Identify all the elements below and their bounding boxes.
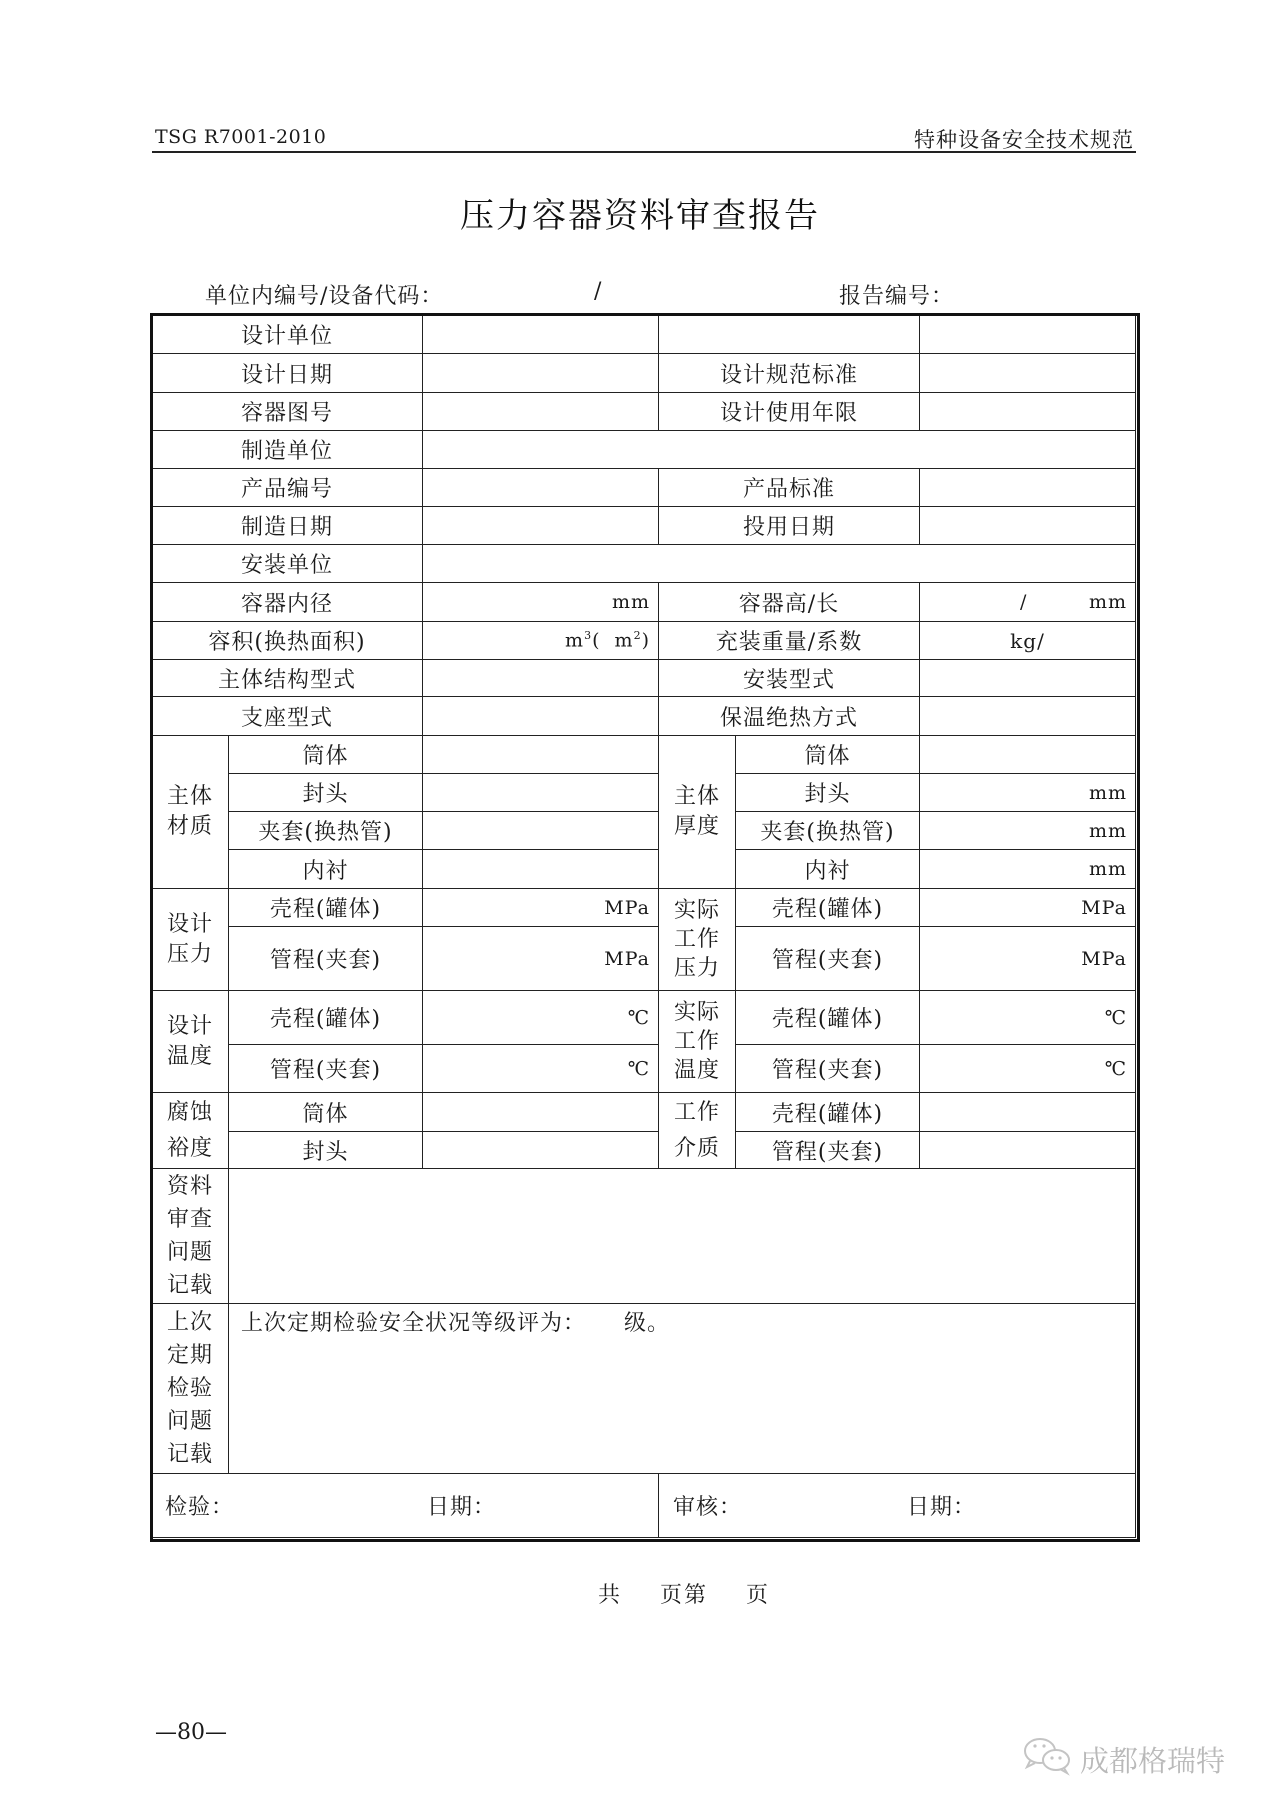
- label-dt-shell: 壳程(罐体): [229, 991, 423, 1045]
- label-thickness-shell: 筒体: [736, 736, 920, 774]
- unit-kg: kg/: [1010, 629, 1045, 653]
- field-manufacture-date[interactable]: [423, 507, 659, 545]
- field-volume[interactable]: m3( m2): [423, 622, 659, 660]
- field-fill-weight[interactable]: kg/: [920, 622, 1136, 660]
- field-installer[interactable]: [423, 545, 1136, 583]
- unit-mm: mm: [1089, 820, 1127, 842]
- field-at-shell[interactable]: ℃: [920, 991, 1136, 1045]
- field-structure-type[interactable]: [423, 660, 659, 697]
- reviewer-label: 审核：: [673, 1490, 742, 1521]
- label-material-shell: 筒体: [229, 736, 423, 774]
- unit-mm: mm: [1089, 591, 1127, 613]
- field-insulation[interactable]: [920, 697, 1136, 736]
- field-dt-shell[interactable]: ℃: [423, 991, 659, 1045]
- label-at-tube: 管程(夹套): [736, 1045, 920, 1093]
- field-product-no[interactable]: [423, 469, 659, 507]
- page-number: —80—: [155, 1720, 227, 1745]
- inspector-signature[interactable]: 检验： 日期：: [152, 1474, 659, 1538]
- field-material-lining[interactable]: [423, 850, 659, 889]
- label-inner-diameter: 容器内径: [152, 583, 423, 622]
- label-actual-pressure: 实际工作压力: [659, 889, 736, 991]
- field-design-standard[interactable]: [920, 354, 1136, 393]
- unit-mm: mm: [1089, 782, 1127, 804]
- standard-code: TSG R7001-2010: [155, 126, 326, 148]
- field-design-life[interactable]: [920, 393, 1136, 431]
- label-ca-head: 封头: [229, 1132, 423, 1169]
- field-at-tube[interactable]: ℃: [920, 1045, 1136, 1093]
- field-ap-shell[interactable]: MPa: [920, 889, 1136, 927]
- field-design-unit[interactable]: [423, 315, 659, 354]
- label-material-jacket: 夹套(换热管): [229, 812, 423, 850]
- wechat-icon: [1022, 1736, 1074, 1783]
- label-corrosion-allowance: 腐蚀裕度: [152, 1093, 229, 1169]
- field-product-standard[interactable]: [920, 469, 1136, 507]
- unit-celsius: ℃: [628, 1007, 650, 1029]
- pagination-text: 共 页第 页: [598, 1578, 770, 1609]
- unit-mpa: MPa: [1081, 897, 1127, 919]
- document-category: 特种设备安全技术规范: [914, 124, 1134, 154]
- unit-mpa: MPa: [604, 948, 650, 970]
- last-inspection-suffix: 级。: [624, 1306, 670, 1337]
- label-actual-temperature: 实际工作温度: [659, 991, 736, 1093]
- label-dp-tube: 管程(夹套): [229, 927, 423, 991]
- reviewer-signature[interactable]: 审核： 日期：: [659, 1474, 1136, 1538]
- label-insulation: 保温绝热方式: [659, 697, 920, 736]
- unit-mpa: MPa: [1081, 948, 1127, 970]
- report-no-label: 报告编号：: [839, 279, 954, 310]
- field-last-inspection[interactable]: 上次定期检验安全状况等级评为： 级。: [229, 1304, 1136, 1474]
- field-wm-shell[interactable]: [920, 1093, 1136, 1132]
- label-at-shell: 壳程(罐体): [736, 991, 920, 1045]
- label-commission-date: 投用日期: [659, 507, 920, 545]
- field-dp-shell[interactable]: MPa: [423, 889, 659, 927]
- header-rule: [152, 151, 1136, 153]
- label-product-no: 产品编号: [152, 469, 423, 507]
- label-thickness-head: 封头: [736, 774, 920, 812]
- field-commission-date[interactable]: [920, 507, 1136, 545]
- page-title: 压力容器资料审查报告: [0, 188, 1280, 237]
- label-design-pressure: 设计压力: [152, 889, 229, 991]
- field-review-issues[interactable]: [229, 1169, 1136, 1304]
- inspector-label: 检验：: [165, 1490, 234, 1521]
- field-inner-diameter[interactable]: mm: [423, 583, 659, 622]
- field-drawing-no[interactable]: [423, 393, 659, 431]
- field-wm-tube[interactable]: [920, 1132, 1136, 1169]
- label-design-unit: 设计单位: [152, 315, 423, 354]
- label-ap-shell: 壳程(罐体): [736, 889, 920, 927]
- label-manufacturer: 制造单位: [152, 431, 423, 469]
- field-dp-tube[interactable]: MPa: [423, 927, 659, 991]
- label-thickness-lining: 内衬: [736, 850, 920, 889]
- label-drawing-no: 容器图号: [152, 393, 423, 431]
- label-manufacture-date: 制造日期: [152, 507, 423, 545]
- field-design-unit-extra2[interactable]: [920, 315, 1136, 354]
- unit-code-value: /: [594, 279, 602, 304]
- label-design-temperature: 设计温度: [152, 991, 229, 1093]
- field-ap-tube[interactable]: MPa: [920, 927, 1136, 991]
- unit-volume-area: m3( m2): [565, 629, 650, 651]
- watermark-text: 成都格瑞特: [1080, 1739, 1225, 1780]
- field-ca-shell[interactable]: [423, 1093, 659, 1132]
- field-material-shell[interactable]: [423, 736, 659, 774]
- field-support-type[interactable]: [423, 697, 659, 736]
- field-ca-head[interactable]: [423, 1132, 659, 1169]
- label-ca-shell: 筒体: [229, 1093, 423, 1132]
- label-material-lining: 内衬: [229, 850, 423, 889]
- label-main-material: 主体材质: [152, 736, 229, 889]
- unit-celsius: ℃: [628, 1058, 650, 1080]
- unit-mpa: MPa: [604, 897, 650, 919]
- unit-code-label: 单位内编号/设备代码：: [205, 279, 443, 310]
- field-manufacturer[interactable]: [423, 431, 1136, 469]
- reviewer-date-label: 日期：: [907, 1490, 976, 1521]
- label-last-inspection: 上次定期检验问题记载: [152, 1304, 229, 1474]
- last-inspection-text: 上次定期检验安全状况等级评为：: [241, 1306, 586, 1337]
- field-design-date[interactable]: [423, 354, 659, 393]
- label-main-thickness: 主体厚度: [659, 736, 736, 889]
- field-thickness-shell[interactable]: [920, 736, 1136, 774]
- label-dt-tube: 管程(夹套): [229, 1045, 423, 1093]
- label-design-date: 设计日期: [152, 354, 423, 393]
- label-wm-shell: 壳程(罐体): [736, 1093, 920, 1132]
- label-installer: 安装单位: [152, 545, 423, 583]
- label-thickness-jacket: 夹套(换热管): [736, 812, 920, 850]
- unit-mm: mm: [1089, 858, 1127, 880]
- label-volume: 容积(换热面积): [152, 622, 423, 660]
- unit-celsius: ℃: [1105, 1007, 1127, 1029]
- label-structure-type: 主体结构型式: [152, 660, 423, 697]
- label-install-type: 安装型式: [659, 660, 920, 697]
- field-design-unit-extra[interactable]: [659, 315, 920, 354]
- field-thickness-lining[interactable]: mm: [920, 850, 1136, 889]
- label-ap-tube: 管程(夹套): [736, 927, 920, 991]
- label-working-medium: 工作介质: [659, 1093, 736, 1169]
- label-height-length: 容器高/长: [659, 583, 920, 622]
- label-material-head: 封头: [229, 774, 423, 812]
- label-wm-tube: 管程(夹套): [736, 1132, 920, 1169]
- field-material-jacket[interactable]: [423, 812, 659, 850]
- unit-mm: mm: [612, 591, 650, 613]
- label-review-issues: 资料审查问题记载: [152, 1169, 229, 1304]
- watermark: 成都格瑞特: [1022, 1736, 1225, 1783]
- field-thickness-head[interactable]: mm: [920, 774, 1136, 812]
- field-thickness-jacket[interactable]: mm: [920, 812, 1136, 850]
- label-design-standard: 设计规范标准: [659, 354, 920, 393]
- label-support-type: 支座型式: [152, 697, 423, 736]
- unit-celsius: ℃: [1105, 1058, 1127, 1080]
- height-length-separator: /: [1020, 591, 1027, 613]
- inspector-date-label: 日期：: [427, 1490, 496, 1521]
- field-material-head[interactable]: [423, 774, 659, 812]
- label-dp-shell: 壳程(罐体): [229, 889, 423, 927]
- label-product-standard: 产品标准: [659, 469, 920, 507]
- field-dt-tube[interactable]: ℃: [423, 1045, 659, 1093]
- label-fill-weight: 充装重量/系数: [659, 622, 920, 660]
- label-design-life: 设计使用年限: [659, 393, 920, 431]
- field-height-length[interactable]: / mm: [920, 583, 1136, 622]
- field-install-type[interactable]: [920, 660, 1136, 697]
